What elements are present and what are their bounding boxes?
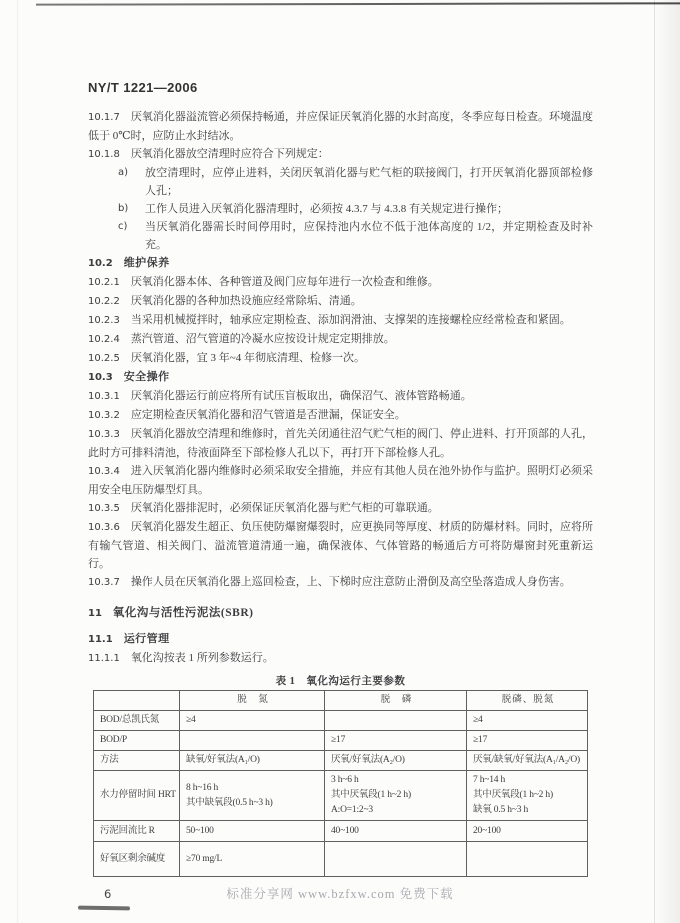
list-item: c)当厌氧消化器需长时间停用时，应保持池内水位不低于池体高度的 1/2，并定期检… [88, 218, 593, 254]
clause: 10.3.6厌氧消化器发生超正、负压使防爆窗爆裂时，应更换同等厚度、材质的防爆材… [88, 518, 593, 573]
page-edge-shadow [654, 0, 680, 923]
row-label: BOD/总凯氏氮 [94, 711, 180, 731]
table-cell: 3 h~6 h 其中厌氧段(1 h~2 h) A:O=1:2~3 [325, 771, 467, 821]
table-row: BOD/P ≥17 ≥17 [94, 731, 588, 751]
table-cell: ≥17 [467, 731, 588, 751]
clause-number: 10.3.1 [88, 391, 120, 402]
list-item-text: 工作人员进入厌氧消化器清理时，必须按 4.3.7 与 4.3.8 有关规定进行操… [145, 203, 508, 215]
clause-list: 10.1.7厌氧消化器溢流管必须保持畅通，并应保证厌氧消化器的水封高度，冬季应每… [88, 108, 593, 668]
section-title: 安全操作 [124, 371, 170, 383]
clause: 10.2.1厌氧消化器本体、各种管道及阀门应每年进行一次检查和维修。 [88, 273, 593, 292]
standard-number: NY/T 1221—2006 [88, 80, 593, 95]
row-label: 方法 [94, 751, 180, 771]
row-label: 污泥回流比 R [94, 821, 180, 842]
clause: 11.1.1氧化沟按表 1 所列参数运行。 [88, 649, 593, 668]
table-row: 方法 缺氧/好氧法(A₁/O) 厌氧/好氧法(A₂/O) 厌氧/缺氧/好氧法(A… [94, 751, 588, 771]
list-item-text: 当厌氧消化器需长时间停用时，应保持池内水位不低于池体高度的 1/2，并定期检查及… [145, 221, 593, 251]
clause: 10.1.8厌氧消化器放空清理时应符合下列规定： [88, 145, 593, 164]
column-header [94, 691, 180, 711]
table-cell [467, 842, 588, 877]
chapter-number: 11 [88, 608, 102, 619]
table-cell: ≥70 mg/L [180, 842, 325, 877]
table-cell: 8 h~16 h 其中缺氧段(0.5 h~3 h) [180, 771, 325, 821]
clause-text: 厌氧消化器发生超正、负压使防爆窗爆裂时，应更换同等厚度、材质的防爆材料。同时，应… [88, 521, 593, 570]
clause-number: 10.3.5 [88, 503, 120, 514]
clause-number: 10.3.6 [88, 522, 120, 533]
clause-number: 10.3.3 [88, 429, 120, 440]
section-title: 运行管理 [124, 633, 170, 645]
section-number: 11.1 [88, 634, 113, 645]
clause-text: 厌氧消化器，宜 3 年~4 年彻底清理、检修一次。 [131, 352, 365, 364]
chapter-title: 氧化沟与活性污泥法(SBR) [113, 607, 254, 619]
clause: 10.2.2厌氧消化器的各种加热设施应经常除垢、清通。 [88, 292, 593, 311]
watermark: 标准分享网 www.bzfxw.com 免费下载 [0, 884, 680, 902]
section-heading: 10.3安全操作 [88, 368, 593, 387]
clause: 10.3.4进入厌氧消化器内维修时必须采取安全措施，并应有其他人员在池外协作与监… [88, 462, 593, 499]
section-title: 维护保养 [124, 257, 170, 269]
clause-number: 10.1.8 [88, 149, 120, 160]
clause-number: 10.2.1 [88, 277, 120, 288]
clause-number: 10.3.7 [88, 577, 120, 588]
clause-text: 厌氧消化器排泥时，必须保证厌氧消化器与贮气柜的可靠联通。 [131, 502, 439, 514]
clause-text: 操作人员在厌氧消化器上巡回检查，上、下梯时应注意防止滑倒及高空坠落造成人身伤害。 [131, 576, 571, 588]
clause-number: 10.2.3 [88, 315, 120, 326]
table-cell: ≥17 [325, 731, 467, 751]
column-header: 脱 磷 [325, 691, 467, 711]
clause-number: 10.1.7 [88, 112, 120, 123]
list-item-text: 放空清理时，应停止进料，关闭厌氧消化器与贮气柜的联接阀门，打开厌氧消化器顶部检修… [145, 167, 593, 197]
row-label: 好氧区剩余碱度 [94, 842, 180, 877]
table-title: 表 1 氧化沟运行主要参数 [88, 673, 593, 688]
clause: 10.3.7操作人员在厌氧消化器上巡回检查，上、下梯时应注意防止滑倒及高空坠落造… [88, 573, 593, 592]
page-crease [17, 0, 18, 923]
table-row: BOD/总凯氏氮 ≥4 ≥4 [94, 711, 588, 731]
clause: 10.3.5厌氧消化器排泥时，必须保证厌氧消化器与贮气柜的可靠联通。 [88, 499, 593, 518]
clause: 10.2.4蒸汽管道、沼气管道的冷凝水应按设计规定定期排放。 [88, 330, 593, 349]
table-header-row: 脱 氮 脱 磷 脱磷、脱氮 [94, 691, 588, 711]
table-row: 污泥回流比 R 50~100 40~100 20~100 [94, 821, 588, 842]
clause: 10.3.1厌氧消化器运行前应将所有试压盲板取出，确保沼气、液体管路畅通。 [88, 387, 593, 406]
clause: 10.2.3当采用机械搅拌时，轴承应定期检查、添加润滑油、支撑架的连接螺栓应经常… [88, 311, 593, 330]
clause-text: 厌氧消化器溢流管必须保持畅通，并应保证厌氧消化器的水封高度，冬季应每日检查。环境… [88, 111, 593, 142]
chapter-heading: 11氧化沟与活性污泥法(SBR) [88, 604, 593, 623]
clause-text: 当采用机械搅拌时，轴承应定期检查、添加润滑油、支撑架的连接螺栓应经常检查和紧固。 [131, 314, 571, 326]
table-cell: ≥4 [467, 711, 588, 731]
clause-text: 进入厌氧消化器内维修时必须采取安全措施，并应有其他人员在池外协作与监护。照明灯必… [88, 465, 593, 496]
table-row: 水力停留时间 HRT 8 h~16 h 其中缺氧段(0.5 h~3 h) 3 h… [94, 771, 588, 821]
list-item-marker: a) [118, 164, 128, 182]
scanned-document-page: NY/T 1221—2006 10.1.7厌氧消化器溢流管必须保持畅通，并应保证… [0, 0, 680, 923]
clause-number: 10.2.4 [88, 334, 120, 345]
scan-edge-artifact [36, 2, 680, 5]
list-item: a)放空清理时，应停止进料，关闭厌氧消化器与贮气柜的联接阀门，打开厌氧消化器顶部… [88, 164, 593, 200]
clause-number: 10.2.2 [88, 296, 120, 307]
clause-number: 10.2.5 [88, 353, 120, 364]
clause-text: 蒸汽管道、沼气管道的冷凝水应按设计规定定期排放。 [131, 333, 395, 345]
table-cell: 缺氧/好氧法(A₁/O) [180, 751, 325, 771]
clause-number: 10.3.2 [88, 410, 120, 421]
clause: 10.1.7厌氧消化器溢流管必须保持畅通，并应保证厌氧消化器的水封高度，冬季应每… [88, 108, 593, 145]
table-cell [325, 842, 467, 877]
list-item: b)工作人员进入厌氧消化器清理时，必须按 4.3.7 与 4.3.8 有关规定进… [88, 200, 593, 218]
page-content: NY/T 1221—2006 10.1.7厌氧消化器溢流管必须保持畅通，并应保证… [88, 80, 593, 901]
section-heading: 11.1运行管理 [88, 630, 593, 649]
table-row: 好氧区剩余碱度 ≥70 mg/L [94, 842, 588, 877]
clause: 10.3.3厌氧消化器放空清理和维修时，首先关闭通往沼气贮气柜的阀门、停止进料、… [88, 425, 593, 462]
clause-text: 厌氧消化器运行前应将所有试压盲板取出，确保沼气、液体管路畅通。 [131, 390, 472, 402]
table-cell: 50~100 [180, 821, 325, 842]
clause-text: 厌氧消化器本体、各种管道及阀门应每年进行一次检查和维修。 [131, 276, 439, 288]
clause: 10.3.2应定期检查厌氧消化器和沼气管道是否泄漏，保证安全。 [88, 406, 593, 425]
clause-number: 10.3.4 [88, 466, 120, 477]
scan-smudge-artifact [78, 906, 130, 911]
clause-text: 氧化沟按表 1 所列参数运行。 [131, 652, 274, 664]
table-cell: 7 h~14 h 其中厌氧段(1 h~2 h) 缺氧 0.5 h~3 h [467, 771, 588, 821]
table-cell: 厌氧/缺氧/好氧法(A₁/A₂/O) [467, 751, 588, 771]
section-heading: 10.2维护保养 [88, 254, 593, 273]
clause-text: 厌氧消化器的各种加热设施应经常除垢、清通。 [131, 295, 362, 307]
clause-text: 应定期检查厌氧消化器和沼气管道是否泄漏，保证安全。 [131, 409, 406, 421]
clause: 10.2.5厌氧消化器，宜 3 年~4 年彻底清理、检修一次。 [88, 349, 593, 368]
row-label: BOD/P [94, 731, 180, 751]
row-label: 水力停留时间 HRT [94, 771, 180, 821]
clause-number: 11.1.1 [88, 653, 120, 664]
table-cell: 厌氧/好氧法(A₂/O) [325, 751, 467, 771]
oxidation-ditch-params-table: 脱 氮 脱 磷 脱磷、脱氮 BOD/总凯氏氮 ≥4 ≥4 BOD/P ≥17 ≥… [93, 690, 588, 877]
table-cell [180, 731, 325, 751]
table-cell: 20~100 [467, 821, 588, 842]
table-cell: 40~100 [325, 821, 467, 842]
section-number: 10.3 [88, 372, 113, 383]
table-cell [325, 711, 467, 731]
clause-text: 厌氧消化器放空清理时应符合下列规定： [131, 148, 329, 160]
column-header: 脱磷、脱氮 [467, 691, 588, 711]
column-header: 脱 氮 [180, 691, 325, 711]
clause-text: 厌氧消化器放空清理和维修时，首先关闭通往沼气贮气柜的阀门、停止进料、打开顶部的人… [88, 428, 593, 459]
list-item-marker: b) [118, 200, 128, 218]
section-number: 10.2 [88, 258, 113, 269]
list-item-marker: c) [118, 218, 127, 236]
table-cell: ≥4 [180, 711, 325, 731]
